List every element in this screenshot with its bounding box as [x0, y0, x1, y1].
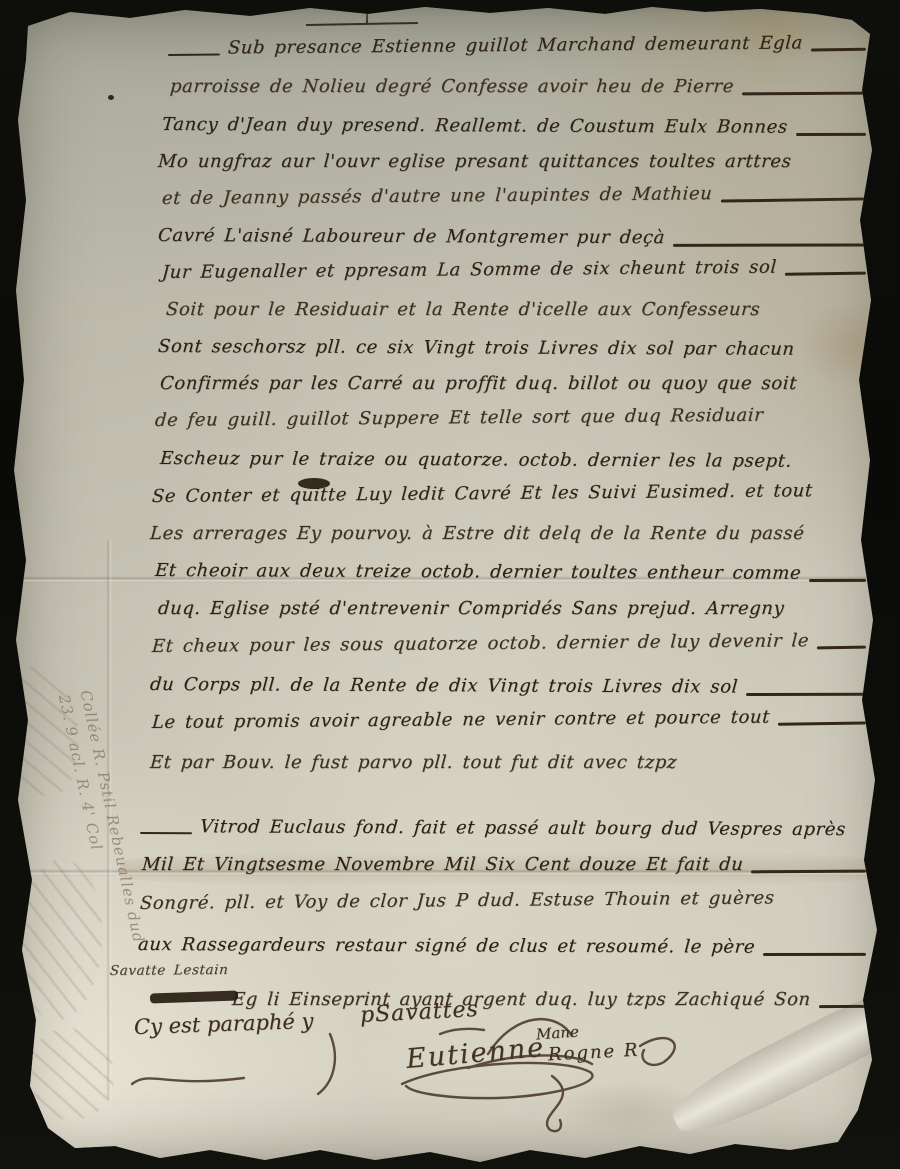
- bleedthrough-marks-lower: [25, 1024, 118, 1124]
- manuscript-line: Sub presance Estienne guillot Marchand d…: [168, 28, 868, 62]
- signature-anne: Mane: [535, 1023, 579, 1044]
- line-text: Sont seschorsz pll. ce six Vingt trois L…: [157, 334, 795, 363]
- line-text: parroisse de Nolieu degré Confesse avoir…: [169, 74, 735, 100]
- line-text: duq. Eglise psté d'entrevenir Compridés …: [157, 596, 785, 622]
- trail-stroke: [785, 264, 868, 281]
- manuscript-line: Songré. pll. et Voy de clor Jus P dud. E…: [140, 883, 868, 917]
- trail-stroke: [811, 40, 868, 56]
- line-text: Eg li Einseprint ayant argent duq. luy t…: [231, 987, 812, 1013]
- manuscript-line: Soit pour le Residuair et la Rente d'ice…: [166, 295, 868, 323]
- manuscript-line: Escheuz pur le traize ou quatorze. octob…: [160, 444, 868, 475]
- manuscript-line: Sont seschorsz pll. ce six Vingt trois L…: [158, 332, 868, 363]
- struck-out-word-blot: [150, 990, 238, 1003]
- trail-stroke: [809, 571, 868, 587]
- line-text: et de Jeanny passés d'autre une l'aupint…: [161, 181, 713, 212]
- manuscript-line: Savatte Lestain: [110, 957, 868, 984]
- savattes-underline: [440, 1029, 484, 1034]
- line-text: Songré. pll. et Voy de clor Jus P dud. E…: [139, 885, 775, 917]
- line-text: aux Rassegardeurs restaur signé de clus …: [137, 932, 756, 961]
- manuscript-line: Confirmés par les Carré au proffit duq. …: [160, 369, 868, 397]
- line-text: Et par Bouv. le fust parvo pll. tout fut…: [149, 750, 678, 776]
- manuscript-line: aux Rassegardeurs restaur signé de clus …: [138, 930, 868, 961]
- signature-savattes: pSavattes: [359, 997, 479, 1028]
- line-text: Se Conter et quitte Luy ledit Cavré Et l…: [151, 478, 813, 510]
- line-text: Tancy d'Jean duy presend. Reallemt. de C…: [161, 112, 789, 141]
- line-text: Confirmés par les Carré au proffit duq. …: [159, 371, 798, 397]
- line-text: Escheuz pur le traize ou quatorze. octob…: [159, 446, 793, 475]
- manuscript-line: Mil Et Vingtsesme Novembre Mil Six Cent …: [142, 850, 868, 878]
- line-text: Sub presance Estienne guillot Marchand d…: [227, 30, 804, 61]
- manuscript-line: parroisse de Nolieu degré Confesse avoir…: [170, 72, 868, 100]
- manuscript-line: Eg li Einseprint ayant argent duq. luy t…: [232, 985, 868, 1013]
- line-text: Mil Et Vingtsesme Novembre Mil Six Cent …: [141, 852, 744, 878]
- manuscript-line: Cavré L'aisné Laboureur de Montgremer pu…: [158, 221, 868, 252]
- manuscript-line: Et cheux pour les sous quatorze octob. d…: [152, 626, 868, 660]
- manuscript-line: Se Conter et quitte Luy ledit Cavré Et l…: [152, 476, 868, 510]
- manuscript-line: duq. Eglise psté d'entrevenir Compridés …: [158, 594, 868, 622]
- signature-rogne: Rogne R: [548, 1040, 640, 1066]
- trail-stroke: [673, 235, 868, 252]
- line-text: Cavré L'aisné Laboureur de Montgremer pu…: [157, 223, 666, 251]
- line-text: Le tout promis avoir agreable ne venir c…: [151, 705, 771, 736]
- line-text: Mo ungfraz aur l'ouvr eglise presant qui…: [157, 149, 792, 175]
- ink-dot: [108, 95, 114, 100]
- descender-zigzag: [547, 1076, 563, 1131]
- trail-stroke: [742, 84, 868, 100]
- lead-stroke: [168, 46, 220, 62]
- manuscript-line: du Corps pll. de la Rente de dix Vingt t…: [150, 670, 868, 701]
- trail-stroke: [819, 997, 868, 1013]
- manuscript-line: et de Jeanny passés d'autre une l'aupint…: [162, 178, 868, 212]
- photo-background: † Sub presance Estienne guillot Marchand…: [0, 0, 900, 1169]
- signature-eutienne: Eutienne: [405, 1032, 546, 1075]
- manuscript-line: Et par Bouv. le fust parvo pll. tout fut…: [150, 748, 868, 776]
- line-text: Soit pour le Residuair et la Rente d'ice…: [165, 297, 761, 323]
- manuscript-line: Tancy d'Jean duy presend. Reallemt. de C…: [162, 110, 868, 141]
- lead-stroke: [140, 824, 192, 840]
- line-text: Jur Eugenaller et ppresam La Somme de si…: [161, 255, 777, 286]
- trail-stroke: [817, 638, 868, 654]
- trail-stroke: [720, 190, 868, 207]
- ink-blot-midline: [298, 478, 330, 489]
- manuscript-line: Mo ungfraz aur l'ouvr eglise presant qui…: [158, 147, 868, 175]
- manuscript-line: de feu guill. guillot Suppere Et telle s…: [155, 400, 868, 434]
- line-text: Et cheux pour les sous quatorze octob. d…: [151, 628, 810, 660]
- manuscript-line: Jur Eugenaller et ppresam La Somme de si…: [162, 252, 868, 286]
- trail-stroke: [778, 714, 868, 731]
- rogne-r-loop: [640, 1038, 675, 1065]
- trail-stroke: [796, 125, 868, 141]
- manuscript-line: Et cheoir aux deux treize octob. dernier…: [155, 556, 868, 587]
- closing-paraph: Cy est paraphé y: [134, 1009, 314, 1039]
- manuscript-line: Les arrerages Ey pourvoy. à Estre dit de…: [150, 519, 868, 547]
- line-text: Vitrod Euclaus fond. fait et passé ault …: [199, 814, 847, 843]
- manuscript-line: Le tout promis avoir agreable ne venir c…: [152, 702, 868, 736]
- line-text: du Corps pll. de la Rente de dix Vingt t…: [149, 672, 739, 701]
- paraph-descender: [318, 1034, 335, 1094]
- line-text: Et cheoir aux deux treize octob. dernier…: [154, 558, 802, 587]
- manuscript-line: Vitrod Euclaus fond. fait et passé ault …: [140, 812, 868, 843]
- trail-stroke: [746, 685, 868, 702]
- manuscript-page: † Sub presance Estienne guillot Marchand…: [0, 0, 900, 1169]
- line-text: de feu guill. guillot Suppere Et telle s…: [154, 403, 764, 434]
- line-text: Les arrerages Ey pourvoy. à Estre dit de…: [149, 521, 805, 547]
- trail-stroke: [751, 862, 868, 878]
